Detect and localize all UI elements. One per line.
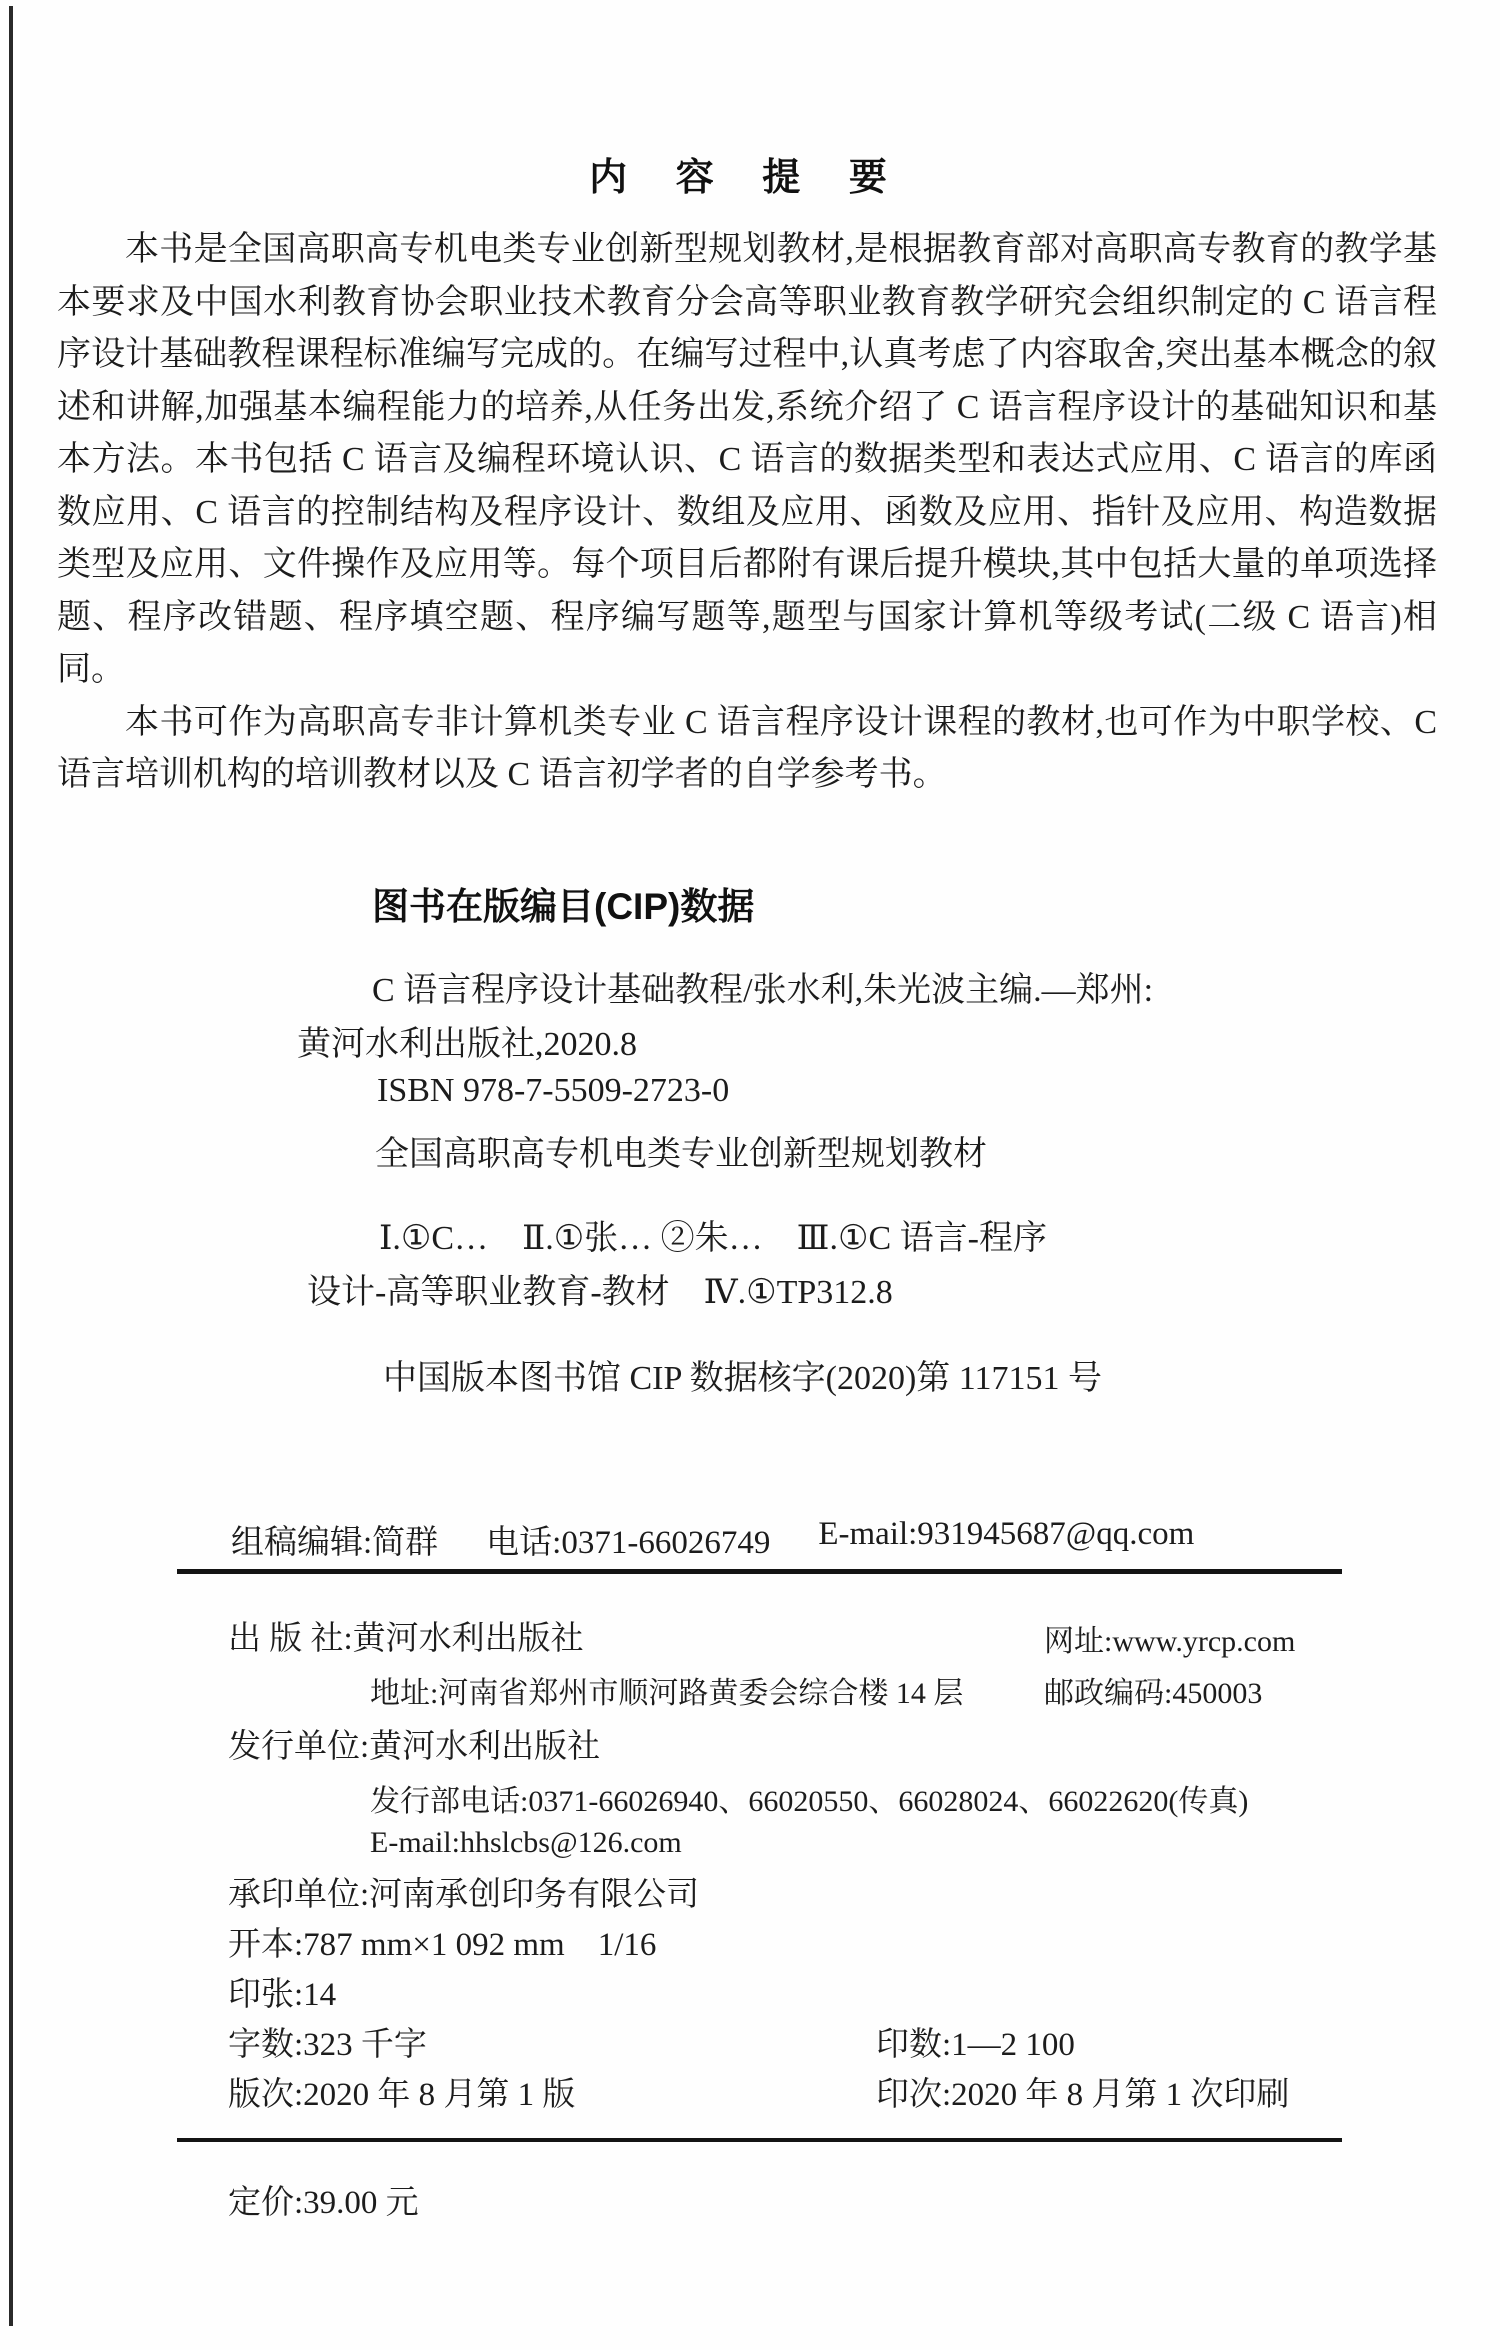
summary-title: 内 容 提 要: [55, 146, 1435, 201]
sheets-row: 印张:14: [228, 1968, 336, 2015]
summary-paragraph-1: 本书是全国高职高专机电类专业创新型规划教材,是根据教育部对高职高专教育的教学基本…: [57, 224, 1437, 697]
page-edge-line: [9, 6, 13, 2326]
cip-publisher-line: 黄河水利出版社,2020.8: [297, 1016, 637, 1065]
acquisition-editor-line: 组稿编辑:简群 电话:0371-66026749 E-mail:93194568…: [231, 1516, 1194, 1563]
postal-code: 邮政编码:450003: [1044, 1668, 1262, 1712]
cip-record-number-line: 中国版本图书馆 CIP 数据核字(2020)第 117151 号: [383, 1350, 1102, 1399]
acquisition-editor-email: E-mail:931945687@qq.com: [818, 1516, 1194, 1563]
print-run-row: 印数:1—2 100: [876, 2018, 1075, 2065]
publisher-row: 出 版 社:黄河水利出版社: [228, 1612, 584, 1659]
distribution-email-row: E-mail:hhslcbs@126.com: [370, 1826, 682, 1860]
format-row: 开本:787 mm×1 092 mm 1/16: [228, 1918, 656, 1965]
cip-series-line: 全国高职高专机电类专业创新型规划教材: [375, 1126, 987, 1175]
divider-rule-bottom: [177, 2138, 1342, 2142]
distribution-phone-row: 发行部电话:0371-66026940、66020550、66028024、66…: [370, 1776, 1248, 1820]
summary-paragraph-2: 本书可作为高职高专非计算机类专业 C 语言程序设计课程的教材,也可作为中职学校、…: [57, 697, 1437, 802]
publisher-address-row: 地址:河南省郑州市顺河路黄委会综合楼 14 层: [370, 1668, 963, 1712]
price-line: 定价:39.00 元: [228, 2176, 419, 2223]
cip-index-line-1: Ⅰ.①C… Ⅱ.①张… ②朱… Ⅲ.①C 语言-程序: [379, 1210, 1047, 1259]
publisher-website: 网址:www.yrcp.com: [1044, 1616, 1295, 1660]
divider-rule-top: [177, 1569, 1342, 1574]
cip-title-line: C 语言程序设计基础教程/张水利,朱光波主编.—郑州:: [372, 962, 1153, 1011]
summary-body: 本书是全国高职高专机电类专业创新型规划教材,是根据教育部对高职高专教育的教学基本…: [57, 224, 1437, 802]
book-copyright-page: 内 容 提 要 本书是全国高职高专机电类专业创新型规划教材,是根据教育部对高职高…: [0, 0, 1500, 2350]
printer-row: 承印单位:河南承创印务有限公司: [228, 1868, 699, 1915]
word-count-row: 字数:323 千字: [228, 2018, 427, 2065]
cip-isbn-line: ISBN 978-7-5509-2723-0: [377, 1072, 729, 1110]
cip-heading: 图书在版编目(CIP)数据: [372, 876, 754, 930]
edition-row: 版次:2020 年 8 月第 1 版: [228, 2068, 575, 2115]
acquisition-editor-phone: 电话:0371-66026749: [486, 1516, 770, 1563]
acquisition-editor-name: 组稿编辑:简群: [231, 1516, 438, 1563]
cip-index-line-2: 设计-高等职业教育-教材 Ⅳ.①TP312.8: [307, 1264, 893, 1313]
distributor-row: 发行单位:黄河水利出版社: [228, 1720, 600, 1767]
impression-row: 印次:2020 年 8 月第 1 次印刷: [876, 2068, 1289, 2115]
